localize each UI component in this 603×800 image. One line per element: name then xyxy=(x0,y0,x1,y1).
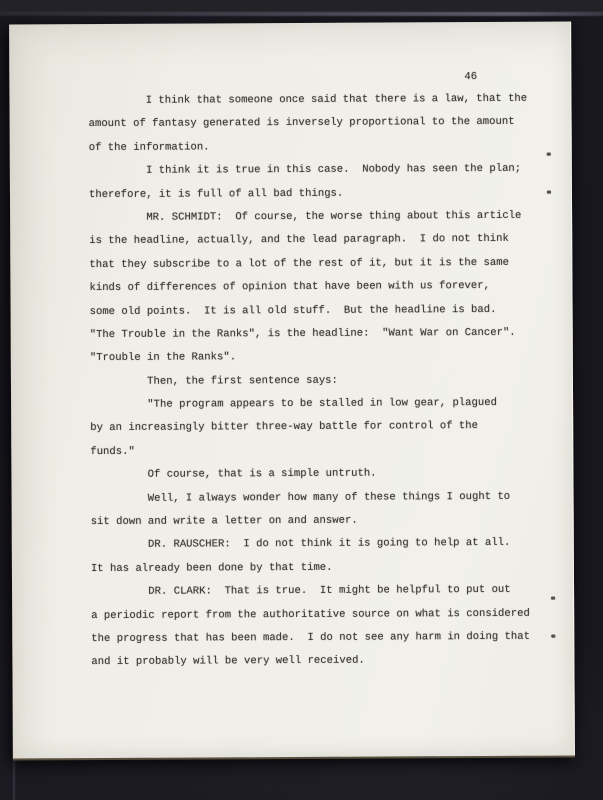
transcript-body: I think that someone once said that ther… xyxy=(88,88,551,675)
transcript-line: "The Trouble in the Ranks", is the headl… xyxy=(90,322,550,348)
transcript-line: therefore, it is full of all bad things. xyxy=(89,181,549,207)
transcript-line: I think it is true in this case. Nobody … xyxy=(89,158,549,184)
pencil-mark xyxy=(547,191,551,194)
photo-background: 46 I think that someone once said that t… xyxy=(0,0,603,800)
transcript-line: funds." xyxy=(90,439,550,465)
transcript-line: amount of fantasy generated is inversely… xyxy=(89,111,549,137)
backdrop-edge-highlight xyxy=(0,12,603,16)
transcript-line: Then, the first sentence says: xyxy=(90,368,550,394)
transcript-line: some old points. It is all old stuff. Bu… xyxy=(90,298,550,324)
transcript-line: I think that someone once said that ther… xyxy=(88,88,548,114)
transcript-line: that they subscribe to a lot of the rest… xyxy=(89,251,549,277)
pencil-mark xyxy=(551,635,555,638)
transcript-line: "Trouble in the Ranks". xyxy=(90,345,550,371)
transcript-line: the progress that has been made. I do no… xyxy=(91,626,551,652)
transcript-line: Of course, that is a simple untruth. xyxy=(90,462,550,488)
transcript-line: "The program appears to be stalled in lo… xyxy=(90,392,550,418)
transcript-line: Well, I always wonder how many of these … xyxy=(91,485,551,511)
transcript-line: sit down and write a letter on and answe… xyxy=(91,509,551,535)
pencil-mark xyxy=(547,153,551,156)
page-number: 46 xyxy=(464,70,477,84)
transcript-line: kinds of differences of opinion that hav… xyxy=(89,275,549,301)
transcript-line: of the information. xyxy=(89,134,549,160)
transcript-line: a periodic report from the authoritative… xyxy=(91,602,551,628)
transcript-line: MR. SCHMIDT: Of course, the worse thing … xyxy=(89,205,549,231)
transcript-line: and it probably will be very well receiv… xyxy=(91,649,551,675)
transcript-line: is the headline, actually, and the lead … xyxy=(89,228,549,254)
pencil-mark xyxy=(551,597,555,600)
transcript-line: It has already been done by that time. xyxy=(91,555,551,581)
document-page: 46 I think that someone once said that t… xyxy=(9,22,575,759)
transcript-line: DR. CLARK: That is true. It might be hel… xyxy=(91,579,551,605)
transcript-line: DR. RAUSCHER: I do not think it is going… xyxy=(91,532,551,558)
transcript-line: by an increasingly bitter three-way batt… xyxy=(90,415,550,441)
